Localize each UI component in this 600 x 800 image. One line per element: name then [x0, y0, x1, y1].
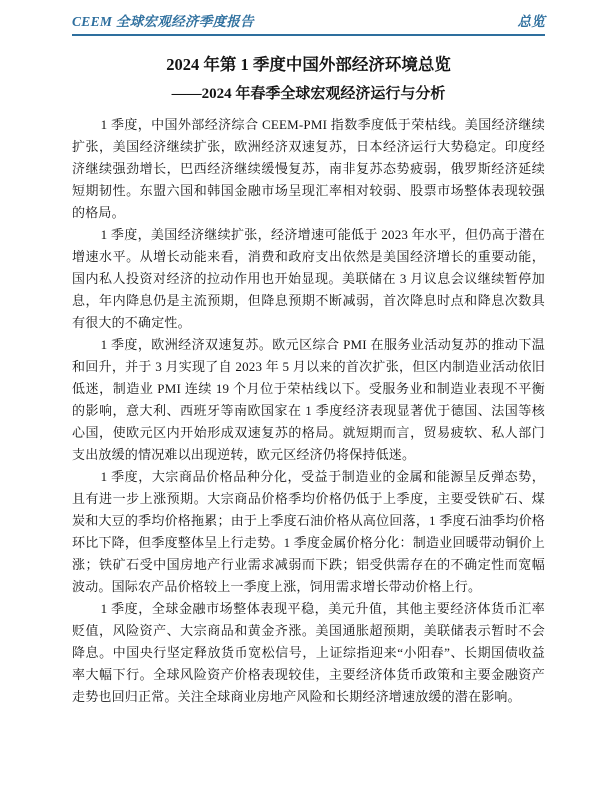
- page-header: CEEM 全球宏观经济季度报告 总览: [72, 10, 545, 36]
- body-paragraph: 1 季度，欧洲经济双速复苏。欧元区综合 PMI 在服务业活动复苏的推动下温和回升…: [72, 334, 545, 466]
- page-title: 2024 年第 1 季度中国外部经济环境总览: [72, 55, 545, 75]
- report-body: 1 季度，中国外部经济综合 CEEM-PMI 指数季度低于荣枯线。美国经济继续扩…: [72, 114, 545, 708]
- header-section-label: 总览: [517, 10, 545, 30]
- header-report-title: CEEM 全球宏观经济季度报告: [72, 10, 254, 30]
- page-subtitle: ——2024 年春季全球宏观经济运行与分析: [72, 85, 545, 103]
- body-paragraph: 1 季度，中国外部经济综合 CEEM-PMI 指数季度低于荣枯线。美国经济继续扩…: [72, 114, 545, 224]
- report-page: CEEM 全球宏观经济季度报告 总览 2024 年第 1 季度中国外部经济环境总…: [0, 0, 600, 800]
- body-paragraph: 1 季度，全球金融市场整体表现平稳，美元升值，其他主要经济体货币汇率贬值，风险资…: [72, 598, 545, 708]
- body-paragraph: 1 季度，美国经济继续扩张，经济增速可能低于 2023 年水平，但仍高于潜在增速…: [72, 224, 545, 334]
- body-paragraph: 1 季度，大宗商品价格品种分化，受益于制造业的金属和能源呈反弹态势，且有进一步上…: [72, 466, 545, 598]
